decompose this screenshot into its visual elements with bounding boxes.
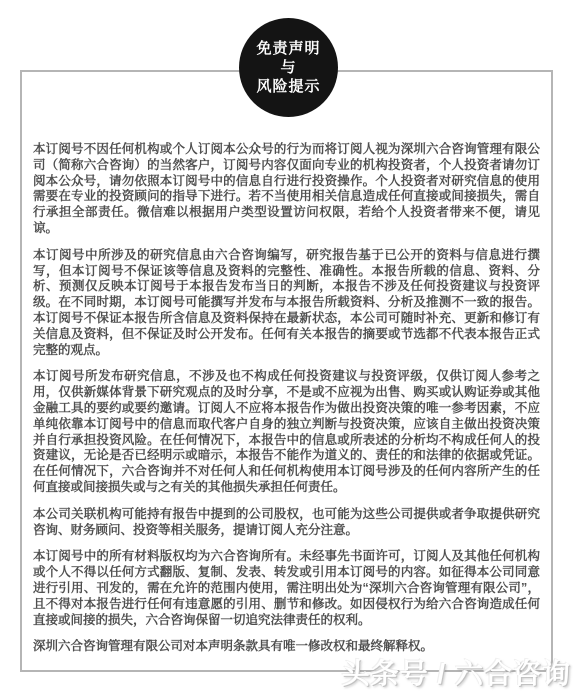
disclaimer-paragraph-1: 本订阅号不因任何机构或个人订阅本公众号的行为而将订阅人视为深圳六合咨询管理有限公… [33, 142, 540, 237]
badge-title-line-2: 与 [280, 58, 296, 77]
disclaimer-paragraph-2: 本订阅号中所涉及的研究信息由六合咨询编写，研究报告基于已公开的资料与信息进行撰写… [33, 248, 540, 359]
disclaimer-title-badge: 免责声明 与 风险提示 [239, 18, 338, 117]
disclaimer-page: 本订阅号不因任何机构或个人订阅本公众号的行为而将订阅人视为深圳六合咨询管理有限公… [0, 0, 573, 695]
disclaimer-paragraph-5: 本订阅号中的所有材料版权均为六合咨询所有。未经事先书面许可，订阅人及其他任何机构… [33, 549, 540, 628]
disclaimer-box: 本订阅号不因任何机构或个人订阅本公众号的行为而将订阅人视为深圳六合咨询管理有限公… [20, 70, 553, 672]
badge-title-line-1: 免责声明 [256, 39, 320, 58]
badge-title-line-3: 风险提示 [256, 77, 320, 96]
disclaimer-paragraph-4: 本公司关联机构可能持有报告中提到的公司股权，也可能为这些公司提供或者争取提供研究… [33, 507, 540, 539]
disclaimer-text-body: 本订阅号不因任何机构或个人订阅本公众号的行为而将订阅人视为深圳六合咨询管理有限公… [33, 142, 540, 666]
disclaimer-paragraph-3: 本订阅号所发布研究信息，不涉及也不构成任何投资建议与投资评级，仅供订阅人参考之用… [33, 369, 540, 495]
toutiao-watermark: 头条号 / 六合咨询 [342, 652, 571, 692]
